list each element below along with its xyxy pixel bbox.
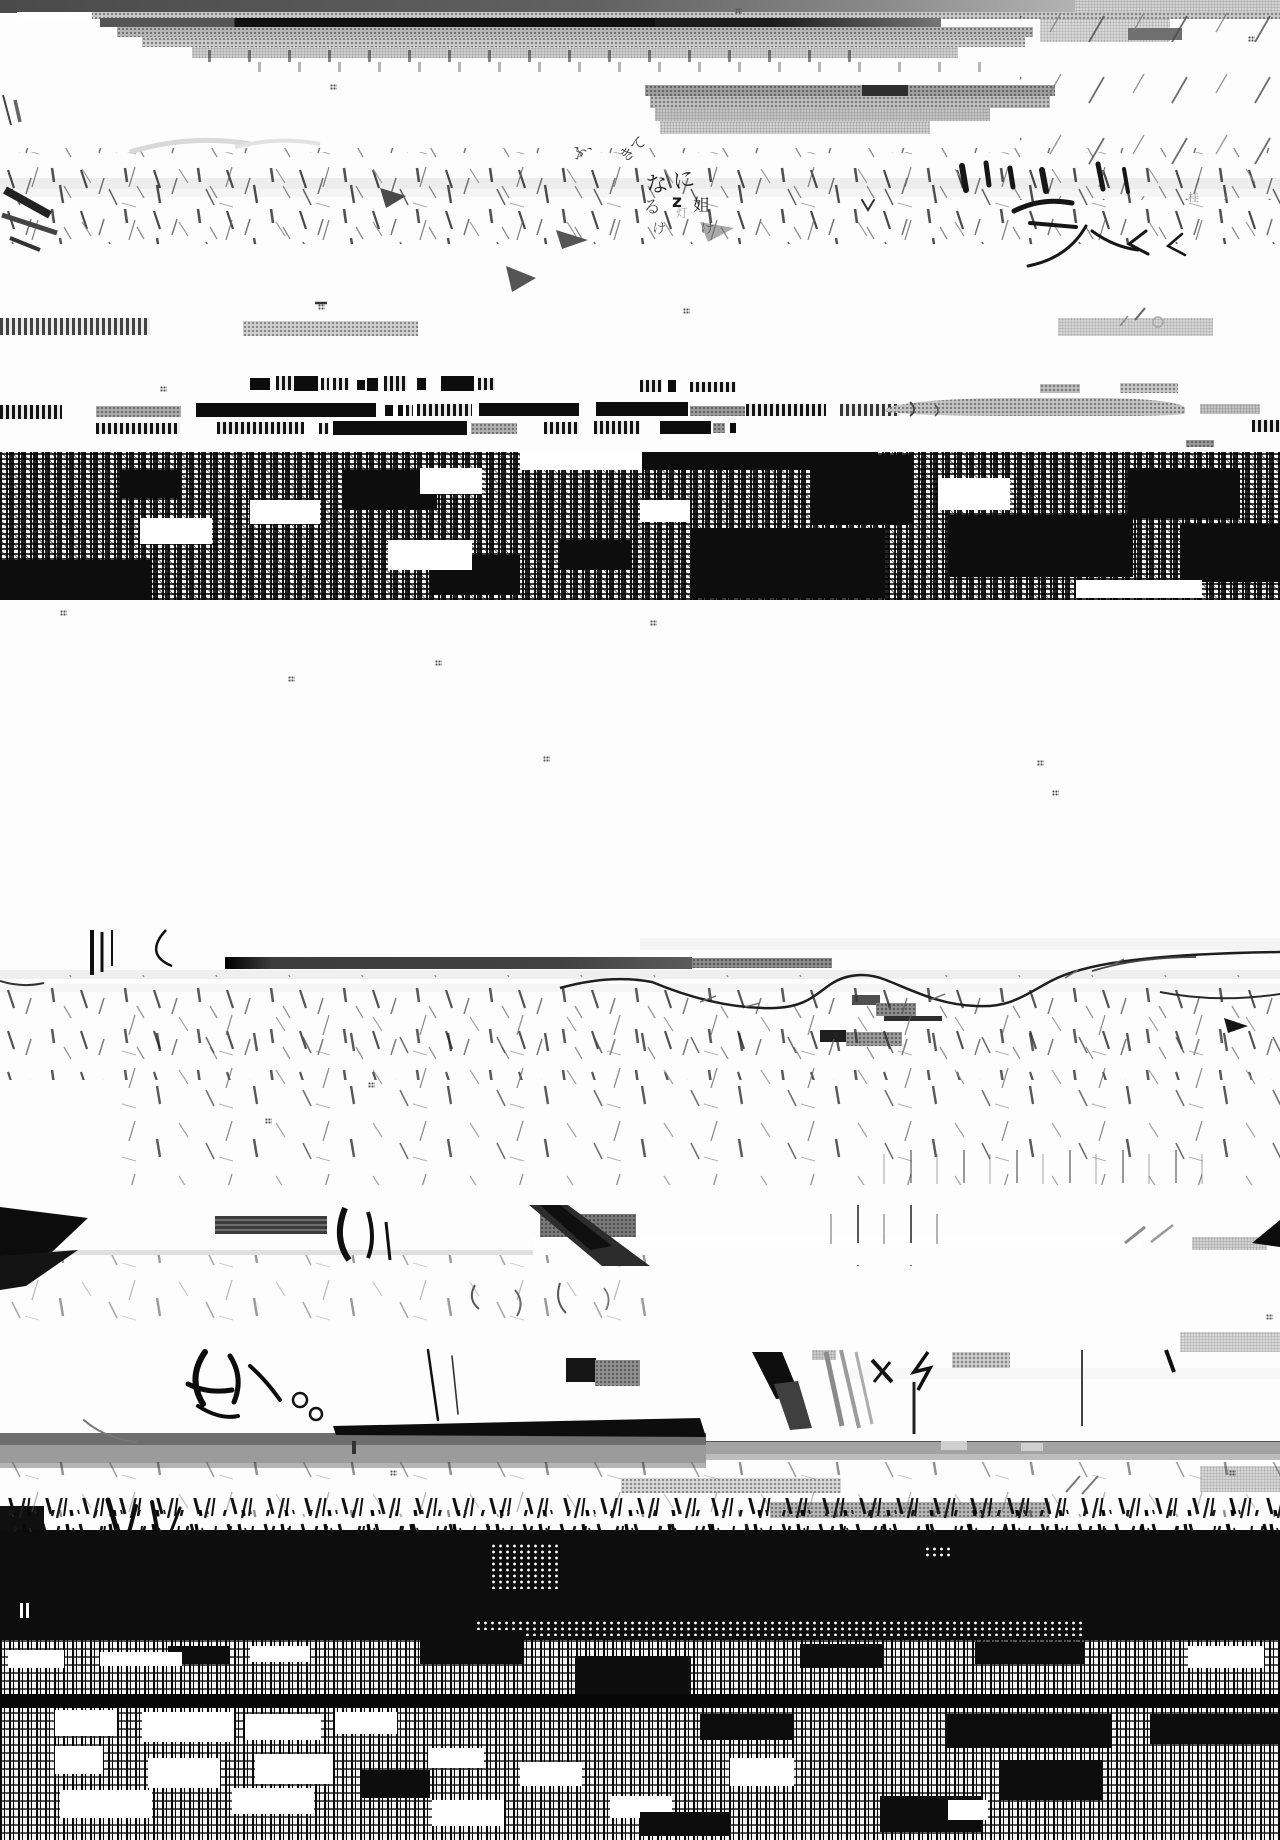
speech-text-ke1: け: [652, 222, 667, 237]
speech-text-ane: 姐: [693, 198, 710, 215]
speech-text-hi: 灯: [676, 207, 688, 219]
scatter-stroke-fields: [0, 0, 1280, 1532]
top-edge-marks: [3, 95, 20, 125]
speech-text-ke2: け: [700, 222, 715, 237]
left-bar-strokes: [92, 930, 172, 975]
glitch-stroke-overlay: [0, 0, 1280, 1840]
kanji-fragment-katsura: 桂: [1188, 192, 1199, 203]
misc-marks: [315, 303, 1163, 416]
speech-text-ru: る: [642, 198, 662, 218]
glitched-manga-page: ふ、 きて なに る z 姐 灯 け け 桂: [0, 0, 1280, 1840]
